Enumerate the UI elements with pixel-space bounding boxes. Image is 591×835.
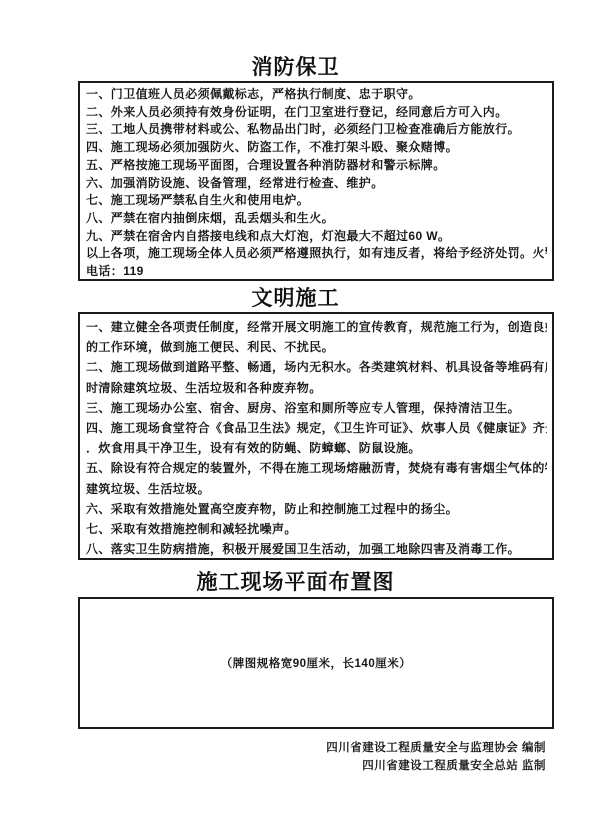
site-layout-size-note: （牌图规格宽90厘米，长140厘米）: [221, 655, 411, 671]
rule-line: 二、施工现场做到道路平整、畅通，场内无积水。各类建筑材料、机具设备等堆码有序，及: [86, 357, 547, 377]
rule-line: 五、严格按施工现场平面图，合理设置各种消防器材和警示标牌。: [86, 157, 547, 175]
section-title-fire-safety: 消防保卫: [0, 54, 591, 81]
rule-line: 的工作环境，做到施工便民、利民、不扰民。: [86, 337, 547, 357]
rule-line: ．炊食用具干净卫生，设有有效的防蝇、防蟑螂、防鼠设施。: [86, 438, 547, 458]
rule-line: 时清除建筑垃圾、生活垃圾和各种废弃物。: [86, 378, 547, 398]
footer-compiler-line: 四川省建设工程质量安全与监理协会 编制: [0, 740, 546, 758]
rule-line: 六、加强消防设施、设备管理，经常进行检查、维护。: [86, 175, 547, 193]
rule-line: 四、施工现场必须加强防火、防盗工作，不准打架斗殴、聚众赌博。: [86, 139, 547, 157]
footer: 四川省建设工程质量安全与监理协会 编制 四川省建设工程质量安全总站 监制: [0, 740, 546, 775]
rule-line: 建筑垃圾、生活垃圾。: [86, 479, 547, 499]
rule-line: 七、采取有效措施控制和减轻扰噪声。: [86, 519, 547, 539]
site-layout-diagram-box: （牌图规格宽90厘米，长140厘米）: [78, 597, 554, 729]
rule-line: 八、严禁在宿内抽倒床烟，乱丢烟头和生火。: [86, 210, 547, 228]
document-page: 消防保卫 一、门卫值班人员必须佩戴标志，严格执行制度、忠于职守。 二、外来人员必…: [0, 0, 591, 835]
rule-line: 九、严禁在宿舍内自搭接电线和点大灯泡，灯泡最大不超过60 W。: [86, 228, 547, 246]
rule-line: 八、落实卫生防病措施，积极开展爱国卫生活动，加强工地除四害及消毒工作。: [86, 539, 547, 559]
rule-line: 一、门卫值班人员必须佩戴标志，严格执行制度、忠于职守。: [86, 86, 547, 104]
section-title-civilized-construction: 文明施工: [0, 285, 591, 312]
rule-line: 三、工地人员携带材料或公、私物品出门时，必须经门卫检查准确后方能放行。: [86, 121, 547, 139]
civilized-construction-rules-box: 一、建立健全各项责任制度，经常开展文明施工的宣传教育，规范施工行为，创造良好 的…: [78, 312, 554, 560]
rule-line: 七、施工现场严禁私自生火和使用电炉。: [86, 192, 547, 210]
rule-line: 电话：119: [86, 263, 547, 281]
footer-supervisor-line: 四川省建设工程质量安全总站 监制: [0, 758, 546, 776]
rule-line: 六、采取有效措施处置高空废弃物，防止和控制施工过程中的扬尘。: [86, 499, 547, 519]
rule-line: 四、施工现场食堂符合《食品卫生法》规定，《卫生许可证》、炊事人员《健康证》齐全: [86, 418, 547, 438]
rule-line: 一、建立健全各项责任制度，经常开展文明施工的宣传教育，规范施工行为，创造良好: [86, 317, 547, 337]
fire-safety-rules-box: 一、门卫值班人员必须佩戴标志，严格执行制度、忠于职守。 二、外来人员必须持有效身…: [78, 81, 554, 281]
rule-line: 三、施工现场办公室、宿舍、厨房、浴室和厕所等应专人管理，保持清洁卫生。: [86, 398, 547, 418]
rule-line: 以上各项，施工现场全体人员必须严格遵照执行，如有违反者，将给予经济处罚。火警: [86, 245, 547, 263]
rule-line: 二、外来人员必须持有效身份证明，在门卫室进行登记，经同意后方可入内。: [86, 104, 547, 122]
section-title-site-layout: 施工现场平面布置图: [0, 569, 591, 596]
rule-line: 五、除设有符合规定的装置外，不得在施工现场熔融沥青，焚烧有毒有害烟尘气体的物质和: [86, 458, 547, 478]
